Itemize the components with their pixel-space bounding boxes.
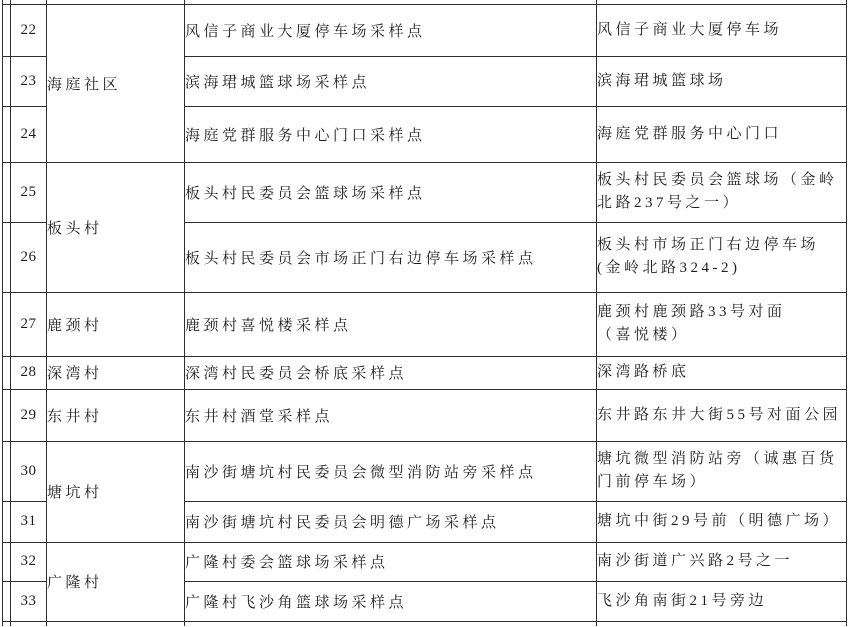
site-cell: 广隆村飞沙角篮球场采样点 bbox=[185, 581, 597, 621]
site-cell: 板头村民委员会篮球场采样点 bbox=[185, 162, 597, 222]
document-page: 22海庭社区风信子商业大厦停车场采样点风信子商业大厦停车场23滨海珺城篮球场采样… bbox=[0, 0, 855, 627]
site-cell: 东井村酒堂采样点 bbox=[185, 389, 597, 441]
row-number-cell: 27 bbox=[11, 292, 47, 356]
location-cell: 滨海珺城篮球场 bbox=[597, 56, 847, 106]
left-sliver-cell bbox=[3, 222, 11, 292]
table-row: 29东井村东井村酒堂采样点东井路东井大街55号对面公园 bbox=[3, 389, 847, 441]
location-cell: 南沙街道广兴路2号之一 bbox=[597, 542, 847, 581]
left-sliver-cell bbox=[3, 356, 11, 389]
row-number-cell: 25 bbox=[11, 162, 47, 222]
table-row: 32广隆村广隆村委会篮球场采样点南沙街道广兴路2号之一 bbox=[3, 542, 847, 581]
site-cell: 板头村民委员会市场正门右边停车场采样点 bbox=[185, 222, 597, 292]
left-sliver-cell bbox=[3, 621, 11, 626]
site-cell: 风信子商业大厦停车场采样点 bbox=[185, 4, 597, 56]
row-number-cell bbox=[11, 621, 47, 626]
location-cell: 塘坑微型消防站旁（诚惠百货 门前停车场） bbox=[597, 441, 847, 501]
table-row: 22海庭社区风信子商业大厦停车场采样点风信子商业大厦停车场 bbox=[3, 4, 847, 56]
group-cell: 海庭社区 bbox=[47, 4, 185, 162]
group-cell: 广隆村 bbox=[47, 542, 185, 621]
location-cell: 鹿颈村鹿颈路33号对面 （喜悦楼） bbox=[597, 292, 847, 356]
row-number-cell: 28 bbox=[11, 356, 47, 389]
left-sliver-cell bbox=[3, 501, 11, 542]
location-cell: 海庭党群服务中心门口 bbox=[597, 106, 847, 162]
row-number-cell: 29 bbox=[11, 389, 47, 441]
left-sliver-cell bbox=[3, 162, 11, 222]
location-cell: 塘坑中街29号前（明德广场） bbox=[597, 501, 847, 542]
site-cell: 南沙街塘坑村民委员会微型消防站旁采样点 bbox=[185, 441, 597, 501]
left-sliver-cell bbox=[3, 106, 11, 162]
row-number-cell: 31 bbox=[11, 501, 47, 542]
left-sliver-cell bbox=[3, 292, 11, 356]
partial-row-bottom bbox=[3, 621, 847, 626]
site-cell: 鹿颈村喜悦楼采样点 bbox=[185, 292, 597, 356]
location-cell: 板头村民委员会篮球场（金岭 北路237号之一） bbox=[597, 162, 847, 222]
site-cell: 滨海珺城篮球场采样点 bbox=[185, 56, 597, 106]
site-cell: 南沙街塘坑村民委员会明德广场采样点 bbox=[185, 501, 597, 542]
row-number-cell: 33 bbox=[11, 581, 47, 621]
group-cell bbox=[47, 621, 185, 626]
sampling-points-table: 22海庭社区风信子商业大厦停车场采样点风信子商业大厦停车场23滨海珺城篮球场采样… bbox=[2, 0, 847, 626]
table-row: 30塘坑村南沙街塘坑村民委员会微型消防站旁采样点塘坑微型消防站旁（诚惠百货 门前… bbox=[3, 441, 847, 501]
location-cell: 东井路东井大街55号对面公园 bbox=[597, 389, 847, 441]
table-row: 28深湾村深湾村民委员会桥底采样点深湾路桥底 bbox=[3, 356, 847, 389]
left-sliver-cell bbox=[3, 4, 11, 56]
left-sliver-cell bbox=[3, 389, 11, 441]
row-number-cell: 26 bbox=[11, 222, 47, 292]
table-row: 25板头村板头村民委员会篮球场采样点板头村民委员会篮球场（金岭 北路237号之一… bbox=[3, 162, 847, 222]
left-sliver-cell bbox=[3, 441, 11, 501]
site-cell: 海庭党群服务中心门口采样点 bbox=[185, 106, 597, 162]
site-cell: 广隆村委会篮球场采样点 bbox=[185, 542, 597, 581]
left-sliver-cell bbox=[3, 542, 11, 581]
location-cell bbox=[597, 621, 847, 626]
group-cell: 塘坑村 bbox=[47, 441, 185, 542]
location-cell: 板头村市场正门右边停车场 (金岭北路324-2) bbox=[597, 222, 847, 292]
location-cell: 飞沙角南街21号旁边 bbox=[597, 581, 847, 621]
row-number-cell: 23 bbox=[11, 56, 47, 106]
location-cell: 风信子商业大厦停车场 bbox=[597, 4, 847, 56]
row-number-cell: 30 bbox=[11, 441, 47, 501]
group-cell: 鹿颈村 bbox=[47, 292, 185, 356]
row-number-cell: 32 bbox=[11, 542, 47, 581]
group-cell: 板头村 bbox=[47, 162, 185, 292]
left-sliver-cell bbox=[3, 581, 11, 621]
row-number-cell: 22 bbox=[11, 4, 47, 56]
site-cell: 深湾村民委员会桥底采样点 bbox=[185, 356, 597, 389]
left-sliver-cell bbox=[3, 56, 11, 106]
group-cell: 东井村 bbox=[47, 389, 185, 441]
table-row: 27鹿颈村鹿颈村喜悦楼采样点鹿颈村鹿颈路33号对面 （喜悦楼） bbox=[3, 292, 847, 356]
row-number-cell: 24 bbox=[11, 106, 47, 162]
group-cell: 深湾村 bbox=[47, 356, 185, 389]
site-cell bbox=[185, 621, 597, 626]
location-cell: 深湾路桥底 bbox=[597, 356, 847, 389]
sampling-table-body: 22海庭社区风信子商业大厦停车场采样点风信子商业大厦停车场23滨海珺城篮球场采样… bbox=[3, 0, 847, 626]
